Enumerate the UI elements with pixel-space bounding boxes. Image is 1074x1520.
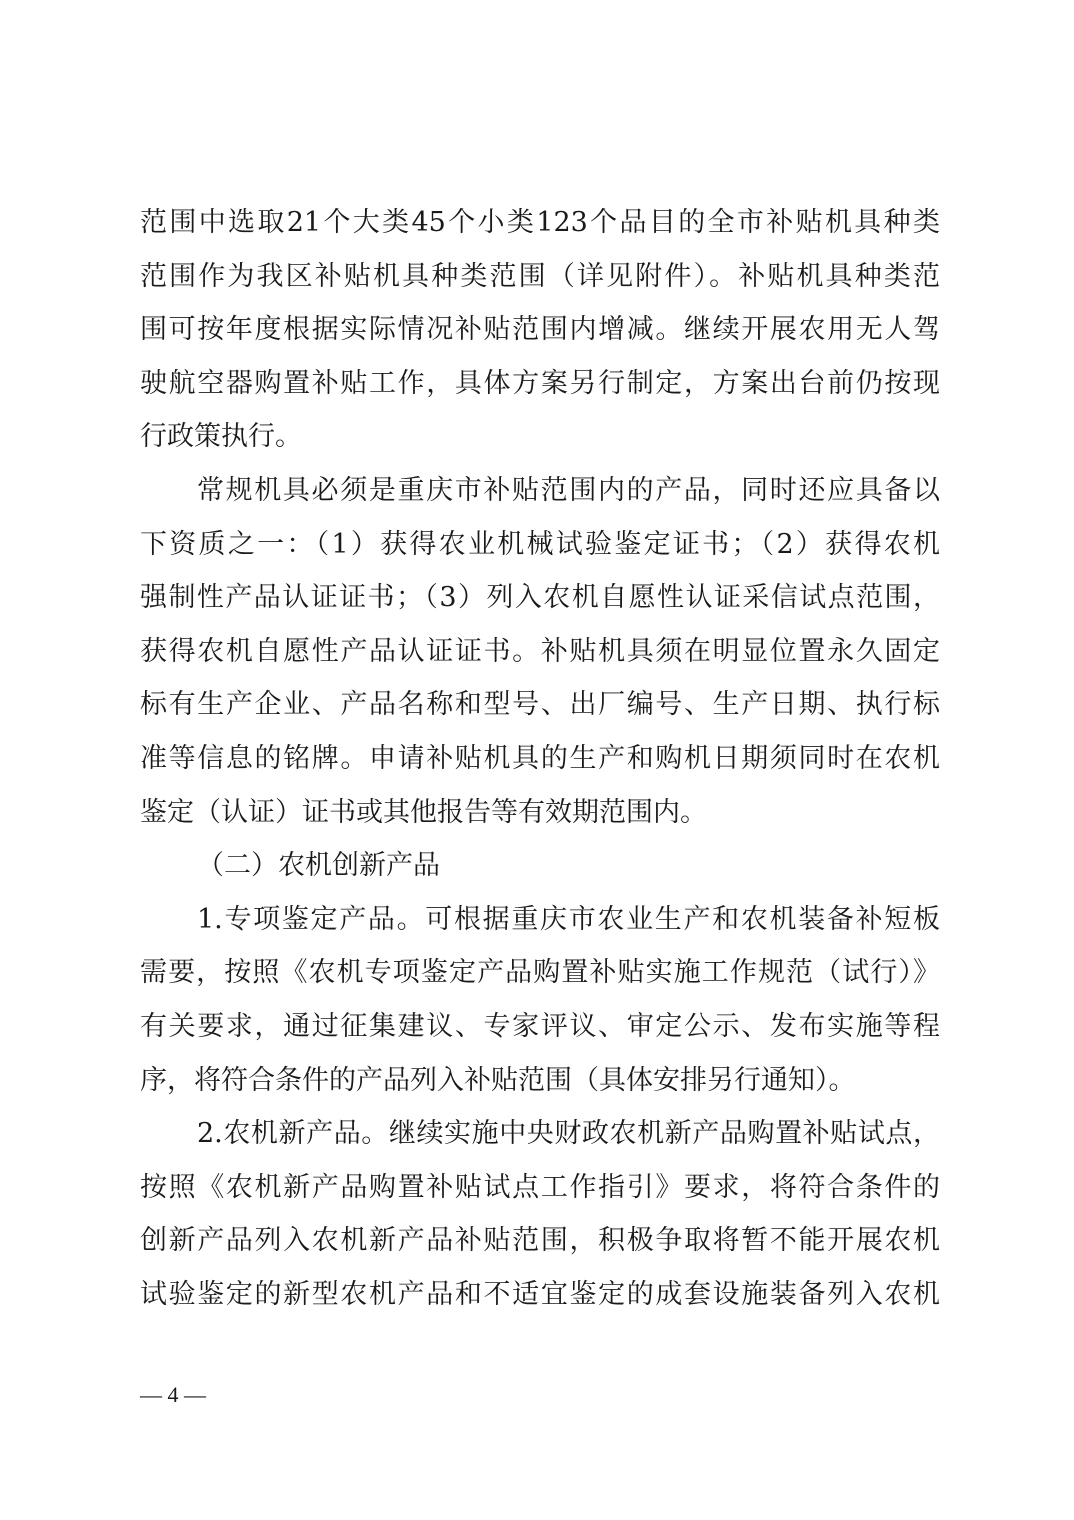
text-line: 获得农机自愿性产品认证证书。补贴机具须在明显位置永久固定 (140, 625, 940, 679)
paragraph-continuation: 范围中选取21个大类45个小类123个品目的全市补贴机具种类 范围作为我区补贴机… (140, 196, 940, 464)
text-line: 试验鉴定的新型农机产品和不适宜鉴定的成套设施装备列入农机 (140, 1268, 940, 1322)
text-line: 按照《农机新产品购置补贴试点工作指引》要求，将符合条件的 (140, 1161, 940, 1215)
document-page: 范围中选取21个大类45个小类123个品目的全市补贴机具种类 范围作为我区补贴机… (0, 0, 1074, 1520)
text-line: 1.专项鉴定产品。可根据重庆市农业生产和农机装备补短板 (140, 893, 940, 947)
text-line: 2.农机新产品。继续实施中央财政农机新产品购置补贴试点， (140, 1107, 940, 1161)
text-line: 鉴定（认证）证书或其他报告等有效期范围内。 (140, 786, 940, 840)
page-number: — 4 — (140, 1382, 206, 1408)
body-text: 范围中选取21个大类45个小类123个品目的全市补贴机具种类 范围作为我区补贴机… (140, 196, 940, 1321)
text-line: 范围作为我区补贴机具种类范围（详见附件）。补贴机具种类范 (140, 250, 940, 304)
text-line: 有关要求，通过征集建议、专家评议、审定公示、发布实施等程 (140, 1000, 940, 1054)
text-line: 范围中选取21个大类45个小类123个品目的全市补贴机具种类 (140, 196, 940, 250)
paragraph-new-products: 2.农机新产品。继续实施中央财政农机新产品购置补贴试点， 按照《农机新产品购置补… (140, 1107, 940, 1321)
text-line: 标有生产企业、产品名称和型号、出厂编号、生产日期、执行标 (140, 678, 940, 732)
text-line: 围可按年度根据实际情况补贴范围内增减。继续开展农用无人驾 (140, 303, 940, 357)
text-line: 强制性产品认证证书；（3）列入农机自愿性认证采信试点范围， (140, 571, 940, 625)
paragraph-special-appraisal: 1.专项鉴定产品。可根据重庆市农业生产和农机装备补短板 需要，按照《农机专项鉴定… (140, 893, 940, 1107)
text-line: 驶航空器购置补贴工作，具体方案另行制定，方案出台前仍按现 (140, 357, 940, 411)
text-line: 序，将符合条件的产品列入补贴范围（具体安排另行通知）。 (140, 1054, 940, 1108)
paragraph-qualifications: 常规机具必须是重庆市补贴范围内的产品，同时还应具备以 下资质之一：（1）获得农业… (140, 464, 940, 839)
text-line: 下资质之一：（1）获得农业机械试验鉴定证书；（2）获得农机 (140, 518, 940, 572)
section-heading: （二）农机创新产品 (140, 839, 940, 893)
text-line: 准等信息的铭牌。申请补贴机具的生产和购机日期须同时在农机 (140, 732, 940, 786)
heading-text: （二）农机创新产品 (140, 839, 940, 893)
text-line: 创新产品列入农机新产品补贴范围，积极争取将暂不能开展农机 (140, 1214, 940, 1268)
text-line: 常规机具必须是重庆市补贴范围内的产品，同时还应具备以 (140, 464, 940, 518)
text-line: 行政策执行。 (140, 410, 940, 464)
text-line: 需要，按照《农机专项鉴定产品购置补贴实施工作规范（试行）》 (140, 946, 940, 1000)
